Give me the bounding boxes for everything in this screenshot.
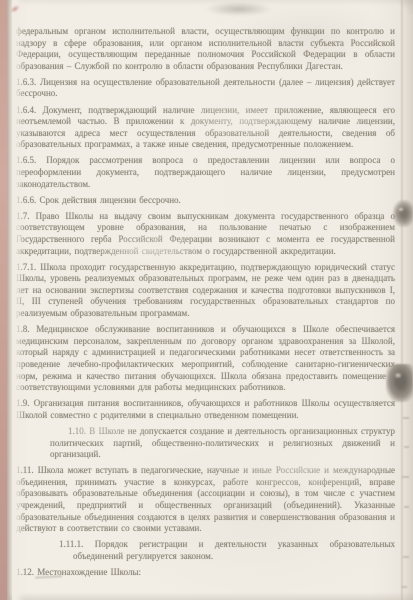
paragraph-1-9: 1.9. Организация питания воспитанников, … bbox=[16, 398, 395, 421]
paragraph-1-6-5: 1.6.5. Порядок рассмотрения вопроса о пр… bbox=[16, 155, 395, 190]
paragraph-1-7: 1.7. Право Школы на выдачу своим выпускн… bbox=[16, 211, 395, 257]
staple-stain-bottom bbox=[386, 364, 413, 402]
bleedthrough-smudge bbox=[206, 2, 272, 16]
document-text: федеральным органом исполнительной власт… bbox=[16, 26, 395, 583]
ghost-mark bbox=[404, 446, 409, 448]
paragraph-1-7-1: 1.7.1. Школа проходит государственную ак… bbox=[16, 262, 395, 320]
ghost-mark bbox=[403, 556, 409, 558]
ghost-mark bbox=[402, 476, 409, 478]
staple-stain-top bbox=[393, 200, 413, 227]
paragraph-1-12: 1.12. Местонахождение Школы: bbox=[16, 567, 395, 579]
ghost-mark bbox=[404, 506, 409, 508]
scanned-page: федеральным органом исполнительной власт… bbox=[0, 0, 413, 600]
paragraph-preamble-continuation: федеральным органом исполнительной власт… bbox=[16, 26, 395, 72]
ghost-mark bbox=[402, 586, 407, 588]
ghost-mark bbox=[403, 417, 409, 419]
paragraph-1-11-1: 1.11.1. Порядок регистрации и деятельнос… bbox=[73, 539, 395, 562]
binding-edge-strip bbox=[0, 0, 7, 600]
paragraph-1-6-3: 1.6.3. Лицензия на осуществление образов… bbox=[16, 77, 395, 100]
right-edge-shadow bbox=[403, 0, 413, 600]
paragraph-1-10: 1.10. В Школе не допускается создание и … bbox=[50, 426, 395, 461]
paragraph-1-11: 1.11. Школа может вступать в педагогичес… bbox=[16, 465, 395, 535]
paragraph-1-8: 1.8. Медицинское обслуживание воспитанни… bbox=[16, 324, 395, 394]
paragraph-1-6-4: 1.6.4. Документ, подтверждающий наличие … bbox=[16, 105, 395, 151]
bottom-edge-shade bbox=[0, 592, 413, 600]
left-margin-fade bbox=[12, 0, 25, 600]
paragraph-1-6-6: 1.6.6. Срок действия лицензии бессрочно. bbox=[16, 195, 395, 207]
